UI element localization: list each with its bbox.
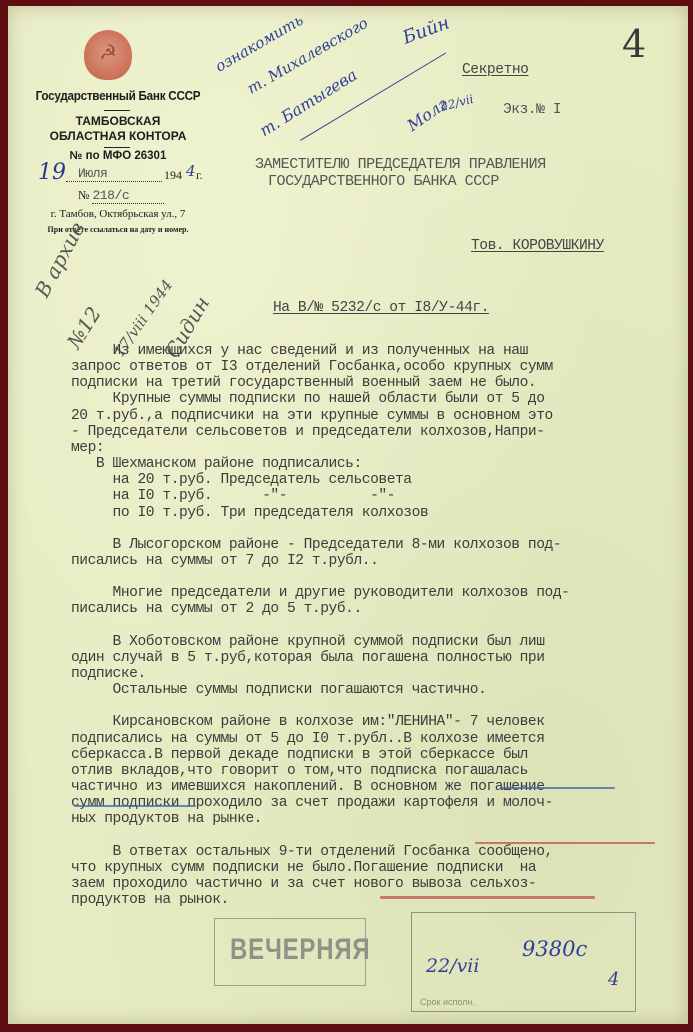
office-name-line1: ТАМБОВСКАЯ (18, 114, 218, 129)
letter-number: № 218/с (78, 188, 198, 204)
date-day: 19 (38, 160, 66, 185)
addressee-line2: ГОСУДАРСТВЕННОГО БАНКА СССР (268, 173, 499, 190)
registry-stamp: 22/vii 9380с 4 Срок исполн. (411, 912, 636, 1012)
body-line: Остальные суммы подписки погашаются част… (71, 682, 486, 698)
registry-extra: 4 (608, 969, 619, 990)
ussr-emblem-icon (84, 30, 132, 80)
body-line: сберкасса.В первой декаде подписки в это… (71, 747, 528, 763)
body-line: подписались на суммы от 5 до I0 т.рубл..… (71, 731, 545, 747)
bank-address: г. Тамбов, Октябрьская ул., 7 (18, 208, 218, 220)
body-line: писались на суммы от 2 до 5 т.руб.. (71, 601, 362, 617)
body-line: на 20 т.руб. Председатель сельсовета (71, 472, 412, 488)
body-line: В Шехманском районе подписались: (71, 456, 362, 472)
body-line: отлив вкладов,что говорит о том,что подп… (71, 763, 528, 779)
body-line: подписке. (71, 666, 146, 682)
page-number: 4 (622, 22, 646, 66)
body-line: писались на суммы от 7 до I2 т.рубл.. (71, 553, 378, 569)
reference-line: На В/№ 5232/с от I8/У-44г. (273, 300, 489, 316)
number-value: 218/с (92, 188, 164, 204)
classification-secret: Секретно (462, 62, 528, 78)
date-month: Июля (66, 166, 162, 182)
body-line: подписки на третий государственный военн… (71, 375, 536, 391)
body-line: 20 т.руб.,а подписчики на эти крупные су… (71, 408, 553, 424)
body-line: Из имеющихся у нас сведений и из получен… (71, 343, 528, 359)
registry-date: 22/vii (426, 955, 479, 977)
body-line: заем проходило частично и за счет нового… (71, 876, 536, 892)
office-name-line2: ОБЛАСТНАЯ КОНТОРА (18, 129, 218, 144)
body-line: сумм подписки проходило за счет продажи … (71, 795, 553, 811)
body-line: В Хоботовском районе крупной суммой подп… (71, 634, 545, 650)
registry-number: 9380с (522, 937, 587, 961)
date-year-suffix: 4 (186, 162, 196, 180)
body-line: по I0 т.руб. Три председателя колхозов (71, 505, 428, 521)
red-underline (380, 896, 595, 899)
letterhead-divider (104, 147, 130, 148)
blue-underline (74, 805, 196, 807)
date-year-prefix: 194 (164, 168, 182, 183)
body-line: что крупных сумм подписки не было.Погаше… (71, 860, 536, 876)
body-line: ных продуктов на рынке. (71, 811, 262, 827)
addressee-name: Тов. КОРОВУШКИНУ (471, 238, 604, 254)
registry-label: Срок исполн. (420, 997, 475, 1007)
body-line: продуктов на рынок. (71, 892, 229, 908)
reply-note: При ответе ссылаться на дату и номер. (18, 225, 218, 234)
evening-stamp-text: ВЕЧЕРНЯЯ (230, 933, 350, 967)
blue-underline (500, 787, 615, 789)
addressee-line1: ЗАМЕСТИТЕЛЮ ПРЕДСЕДАТЕЛЯ ПРАВЛЕНИЯ (255, 156, 546, 173)
body-line: один случай в 5 т.руб,которая была погаш… (71, 650, 545, 666)
bank-name: Государственный Банк СССР (28, 88, 208, 103)
body-line: - Председатели сельсоветов и председател… (71, 424, 545, 440)
red-underline (475, 842, 655, 844)
body-line: В Лысогорском районе - Председатели 8-ми… (71, 537, 561, 553)
body-line: на I0 т.руб. -"- -"- (71, 488, 395, 504)
copy-number: Экз.№ I (503, 102, 561, 118)
body-line: Кирсановском районе в колхозе им:"ЛЕНИНА… (71, 714, 545, 730)
body-line: В ответах остальных 9-ти отделений Госба… (71, 844, 553, 860)
date-year-label: г. (196, 168, 203, 183)
letterhead-divider (104, 110, 130, 111)
body-line: Многие председатели и другие руководител… (71, 585, 569, 601)
body-line: Крупные суммы подписки по нашей области … (71, 391, 545, 407)
body-line: частично из имевшихся накоплений. В осно… (71, 779, 545, 795)
number-label: № (78, 188, 89, 202)
body-line: запрос ответов от I3 отделений Госбанка,… (71, 359, 553, 375)
evening-stamp: ВЕЧЕРНЯЯ (214, 918, 366, 986)
body-line: мер: (71, 440, 104, 456)
